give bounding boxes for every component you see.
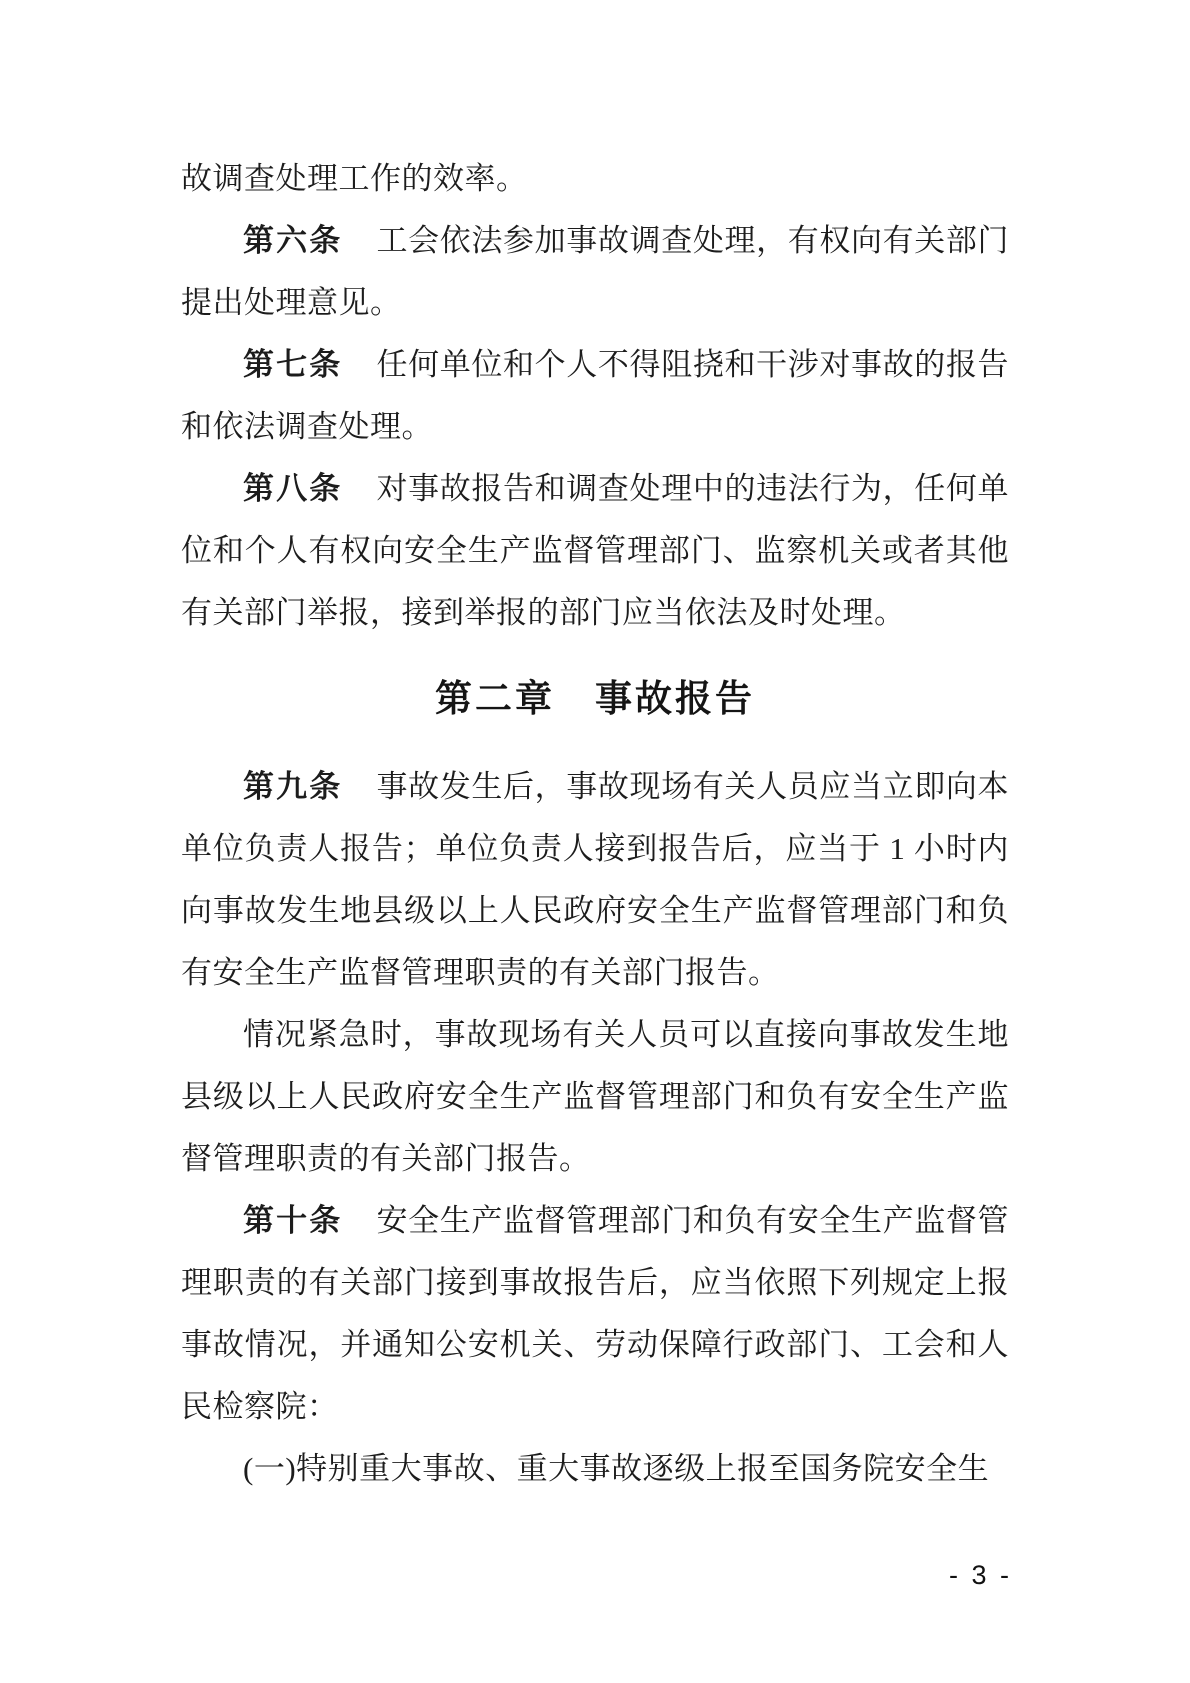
article-number-label: 第九条 xyxy=(243,769,342,804)
page-number: - 3 - xyxy=(949,1558,1012,1592)
article-paragraph: 第七条任何单位和个人不得阻挠和干涉对事故的报告和依法调查处理。 xyxy=(181,334,1009,458)
article-paragraph: 第十条安全生产监督管理部门和负有安全生产监督管理职责的有关部门接到事故报告后，应… xyxy=(181,1190,1009,1438)
paragraph-text: (一)特别重大事故、重大事故逐级上报至国务院安全生 xyxy=(243,1451,989,1486)
document-body: 故调查处理工作的效率。第六条工会依法参加事故调查处理，有权向有关部门提出处理意见… xyxy=(181,148,1009,1500)
article-paragraph: 第六条工会依法参加事故调查处理，有权向有关部门提出处理意见。 xyxy=(181,210,1009,334)
document-page: 故调查处理工作的效率。第六条工会依法参加事故调查处理，有权向有关部门提出处理意见… xyxy=(0,0,1190,1683)
article-paragraph: 第八条对事故报告和调查处理中的违法行为，任何单位和个人有权向安全生产监督管理部门… xyxy=(181,458,1009,644)
article-number-label: 第八条 xyxy=(243,471,342,506)
body-paragraph: (一)特别重大事故、重大事故逐级上报至国务院安全生 xyxy=(181,1438,1009,1500)
article-number-label: 第七条 xyxy=(243,347,342,382)
paragraph-text: 情况紧急时，事故现场有关人员可以直接向事故发生地县级以上人民政府安全生产监督管理… xyxy=(181,1017,1009,1176)
article-number-label: 第十条 xyxy=(243,1203,342,1238)
chapter-heading: 第二章 事故报告 xyxy=(181,668,1009,730)
body-paragraph: 故调查处理工作的效率。 xyxy=(181,148,1009,210)
paragraph-text: 故调查处理工作的效率。 xyxy=(181,161,528,196)
article-paragraph: 第九条事故发生后，事故现场有关人员应当立即向本单位负责人报告；单位负责人接到报告… xyxy=(181,756,1009,1004)
body-paragraph: 情况紧急时，事故现场有关人员可以直接向事故发生地县级以上人民政府安全生产监督管理… xyxy=(181,1004,1009,1190)
article-number-label: 第六条 xyxy=(243,223,342,258)
